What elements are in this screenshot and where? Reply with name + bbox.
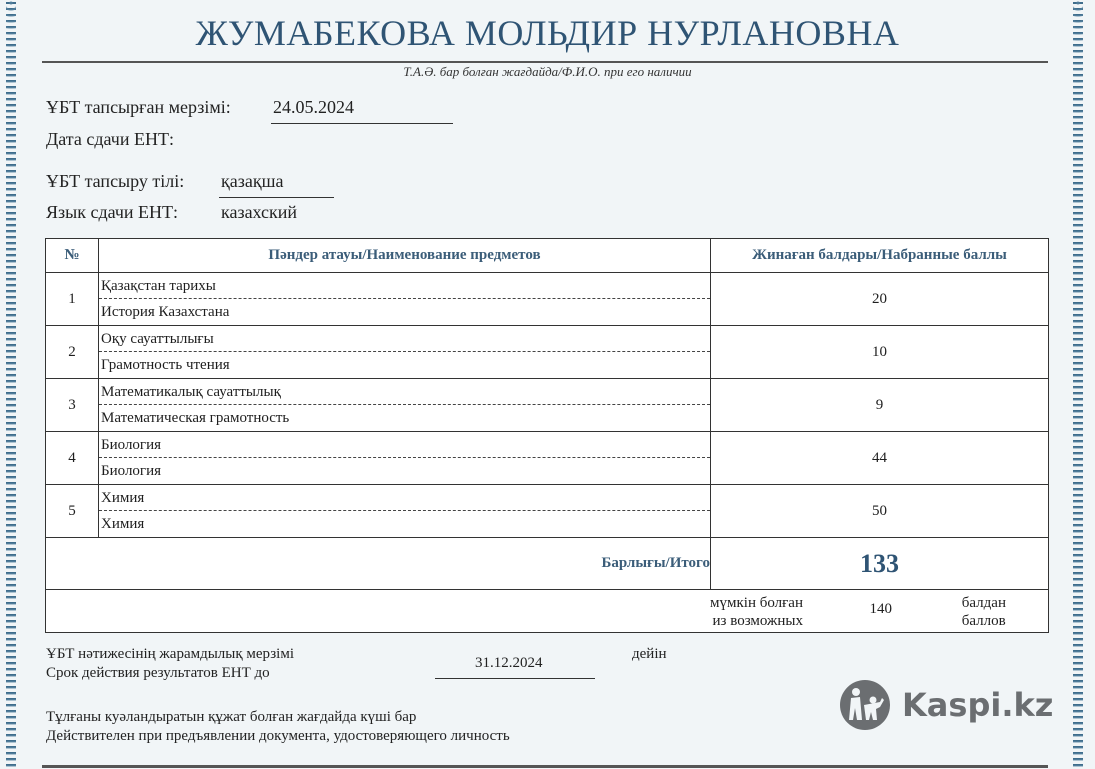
validity-label-kz: ҰБТ нәтижесінің жарамдылық мерзімі — [46, 646, 294, 663]
table-row: 5ХимияХимия50 — [46, 485, 1049, 538]
kaspi-logo-icon — [840, 680, 890, 730]
validity-date-underline — [435, 678, 595, 679]
row-score: 50 — [711, 485, 1049, 538]
notice-kz: Тұлғаны куәландыратын құжат болған жағда… — [46, 709, 416, 726]
row-num: 4 — [46, 432, 99, 485]
exam-date-underline — [271, 123, 453, 124]
subject-name-ru: Грамотность чтения — [99, 352, 710, 378]
subject-name-ru: Биология — [99, 458, 710, 484]
row-subject: Оқу сауаттылығыГрамотность чтения — [99, 326, 711, 379]
table-row: 4БиологияБиология44 — [46, 432, 1049, 485]
exam-language-value-ru: казахский — [221, 202, 297, 223]
row-score: 9 — [711, 379, 1049, 432]
decorative-border-left — [6, 0, 16, 769]
exam-language-underline — [219, 197, 334, 198]
max-score-value: 140 — [870, 601, 893, 618]
name-caption: Т.А.Ә. бар болған жағдайда/Ф.И.О. при ег… — [0, 64, 1095, 80]
table-row: 2Оқу сауаттылығыГрамотность чтения10 — [46, 326, 1049, 379]
exam-date-label-ru: Дата сдачи ЕНТ: — [46, 129, 174, 150]
row-subject: ХимияХимия — [99, 485, 711, 538]
subject-name-ru: История Казахстана — [99, 299, 710, 325]
title-divider — [42, 61, 1048, 63]
header-score: Жинаған балдары/Набранные баллы — [711, 239, 1049, 273]
table-row: 3Математикалық сауаттылықМатематическая … — [46, 379, 1049, 432]
subject-name-kz: Оқу сауаттылығы — [99, 326, 710, 352]
subject-name-kz: Қазақстан тарихы — [99, 273, 710, 299]
subject-name-ru: Математическая грамотность — [99, 405, 710, 431]
exam-language-value-kz: қазақша — [221, 171, 283, 192]
header-num: № — [46, 239, 99, 273]
kaspi-brand-text: Kaspi.kz — [902, 686, 1053, 724]
row-num: 5 — [46, 485, 99, 538]
exam-language-label-kz: ҰБТ тапсыру тілі: — [46, 171, 184, 192]
table-header-row: № Пәндер атауы/Наименование предметов Жи… — [46, 239, 1049, 273]
total-value: 133 — [711, 538, 1049, 590]
row-subject: Қазақстан тарихыИстория Казахстана — [99, 273, 711, 326]
validity-suffix-kz: дейін — [632, 646, 667, 663]
decorative-border-right — [1073, 0, 1083, 769]
validity-label-ru: Срок действия результатов ЕНТ до — [46, 665, 270, 682]
subject-name-kz: Биология — [99, 432, 710, 458]
subject-name-kz: Математикалық сауаттылық — [99, 379, 710, 405]
row-num: 2 — [46, 326, 99, 379]
exam-date-label-kz: ҰБТ тапсырған мерзімі: — [46, 97, 231, 118]
row-num: 3 — [46, 379, 99, 432]
row-score: 20 — [711, 273, 1049, 326]
header-subject: Пәндер атауы/Наименование предметов — [99, 239, 711, 273]
kaspi-watermark: Kaspi.kz — [840, 680, 1053, 730]
max-score-label-ru: из возможных — [710, 612, 803, 630]
row-subject: Математикалық сауаттылықМатематическая г… — [99, 379, 711, 432]
table-row: 1Қазақстан тарихыИстория Казахстана20 — [46, 273, 1049, 326]
max-score-row: мүмкін болған из возможных 140 балдан ба… — [46, 590, 1049, 633]
row-score: 44 — [711, 432, 1049, 485]
total-row: Барлығы/Итого 133 — [46, 538, 1049, 590]
total-label: Барлығы/Итого — [46, 538, 711, 590]
row-num: 1 — [46, 273, 99, 326]
exam-language-label-ru: Язык сдачи ЕНТ: — [46, 202, 178, 223]
results-table: № Пәндер атауы/Наименование предметов Жи… — [45, 238, 1049, 633]
notice-ru: Действителен при предъявлении документа,… — [46, 728, 510, 745]
exam-date-value: 24.05.2024 — [273, 97, 354, 118]
max-score-unit-kz: балдан — [962, 594, 1006, 612]
bottom-divider — [42, 765, 1048, 768]
subject-name-ru: Химия — [99, 511, 710, 537]
row-score: 10 — [711, 326, 1049, 379]
max-score-label-kz: мүмкін болған — [710, 594, 803, 612]
max-score-label: мүмкін болған из возможных — [710, 594, 803, 630]
max-score-unit: балдан баллов — [962, 594, 1006, 630]
full-name: ЖУМАБЕКОВА МОЛЬДИР НУРЛАНОВНА — [0, 12, 1095, 54]
subject-name-kz: Химия — [99, 485, 710, 511]
row-subject: БиологияБиология — [99, 432, 711, 485]
max-score-unit-ru: баллов — [962, 612, 1006, 630]
validity-date: 31.12.2024 — [475, 655, 543, 672]
